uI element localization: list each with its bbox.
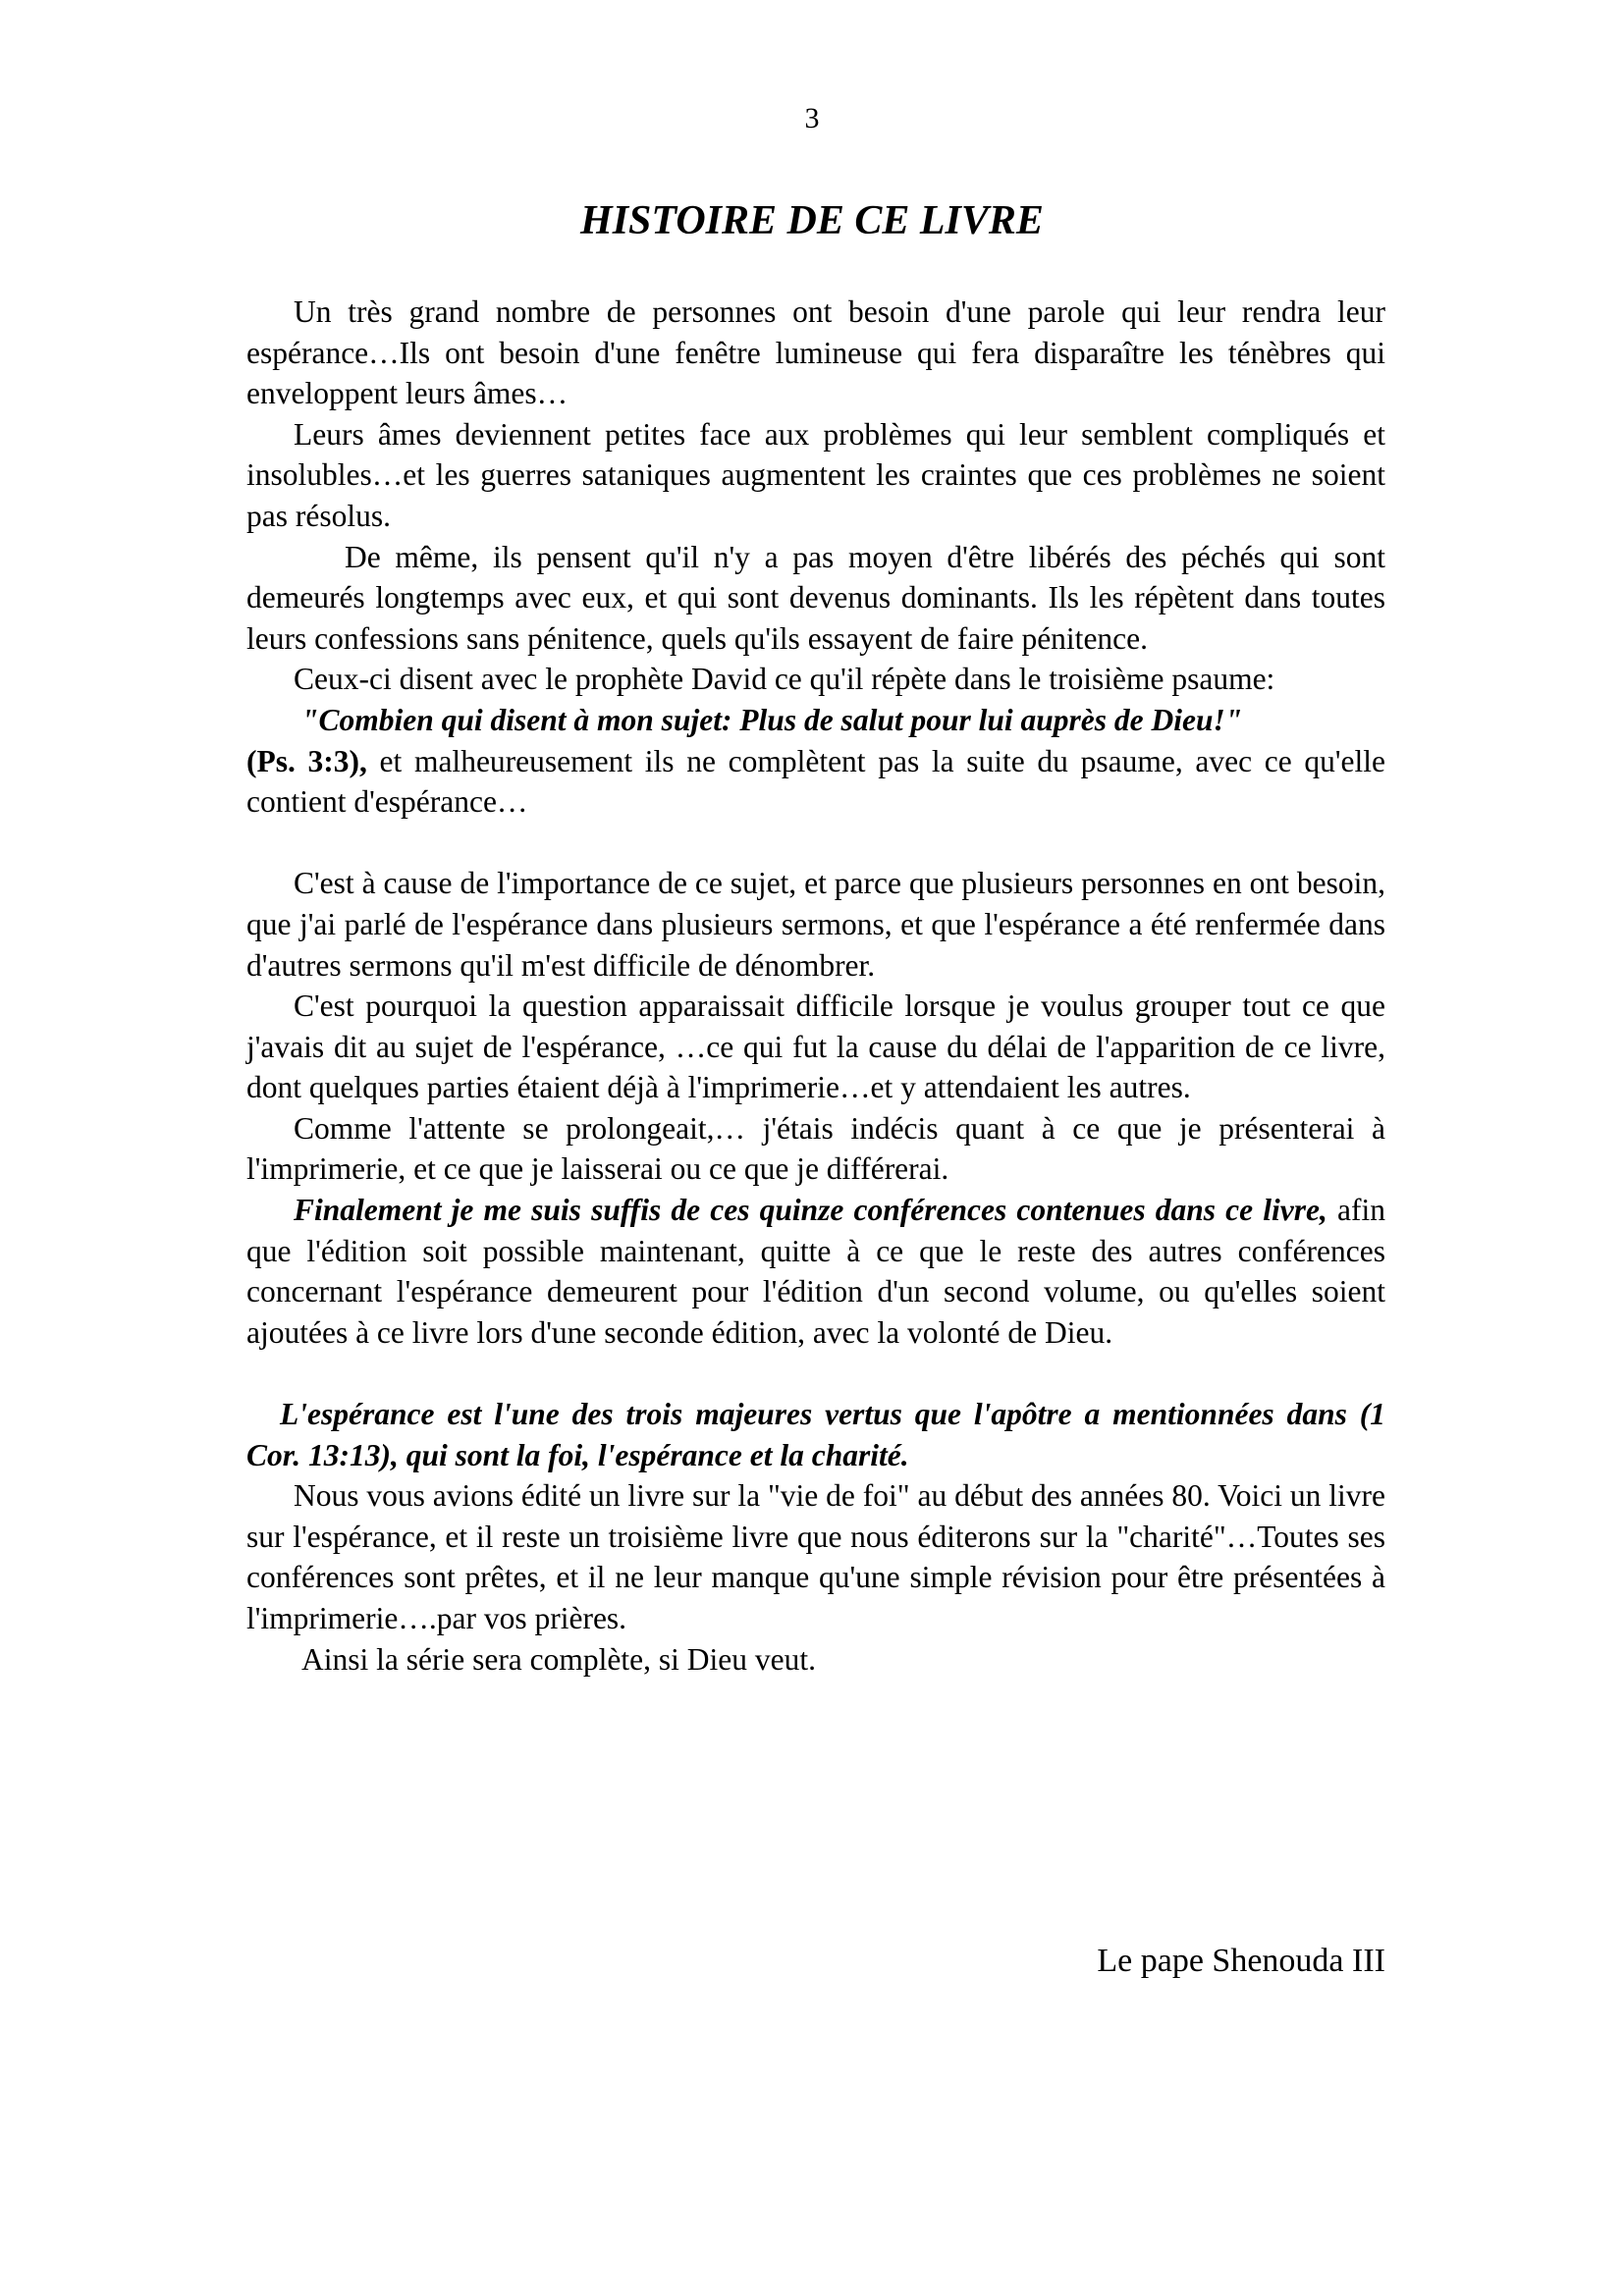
- paragraph: Comme l'attente se prolongeait,… j'étais…: [246, 1108, 1385, 1190]
- page-number: 3: [0, 102, 1624, 135]
- paragraph-text: et malheureusement ils ne complètent pas…: [246, 744, 1385, 820]
- scripture-reference: (Ps. 3:3),: [246, 744, 367, 778]
- paragraph: C'est pourquoi la question apparaissait …: [246, 986, 1385, 1108]
- paragraph-gap: [246, 823, 1385, 864]
- paragraph: C'est à cause de l'importance de ce suje…: [246, 863, 1385, 986]
- paragraph-gap: [246, 1353, 1385, 1394]
- page-title: HISTOIRE DE CE LIVRE: [0, 196, 1624, 245]
- paragraph: Finalement je me suis suffis de ces quin…: [246, 1190, 1385, 1353]
- paragraph: De même, ils pensent qu'il n'y a pas moy…: [246, 537, 1385, 660]
- paragraph: L'espérance est l'une des trois majeures…: [246, 1394, 1385, 1475]
- paragraph: Nous vous avions édité un livre sur la "…: [246, 1475, 1385, 1638]
- paragraph: Ceux-ci disent avec le prophète David ce…: [246, 659, 1385, 700]
- paragraph: (Ps. 3:3), et malheureusement ils ne com…: [246, 741, 1385, 823]
- quote-text: "Combien qui disent à mon sujet: Plus de…: [301, 703, 1242, 737]
- emphasis-text: Finalement je me suis suffis de ces quin…: [294, 1193, 1327, 1227]
- emphasis-text: L'espérance est l'une des trois majeures…: [246, 1397, 1385, 1472]
- psalm-quote: "Combien qui disent à mon sujet: Plus de…: [246, 700, 1385, 741]
- body-text: Un très grand nombre de personnes ont be…: [246, 292, 1385, 1680]
- paragraph: Leurs âmes deviennent petites face aux p…: [246, 414, 1385, 537]
- paragraph: Un très grand nombre de personnes ont be…: [246, 292, 1385, 414]
- paragraph: Ainsi la série sera complète, si Dieu ve…: [246, 1639, 1385, 1681]
- signature: Le pape Shenouda III: [982, 1942, 1385, 1981]
